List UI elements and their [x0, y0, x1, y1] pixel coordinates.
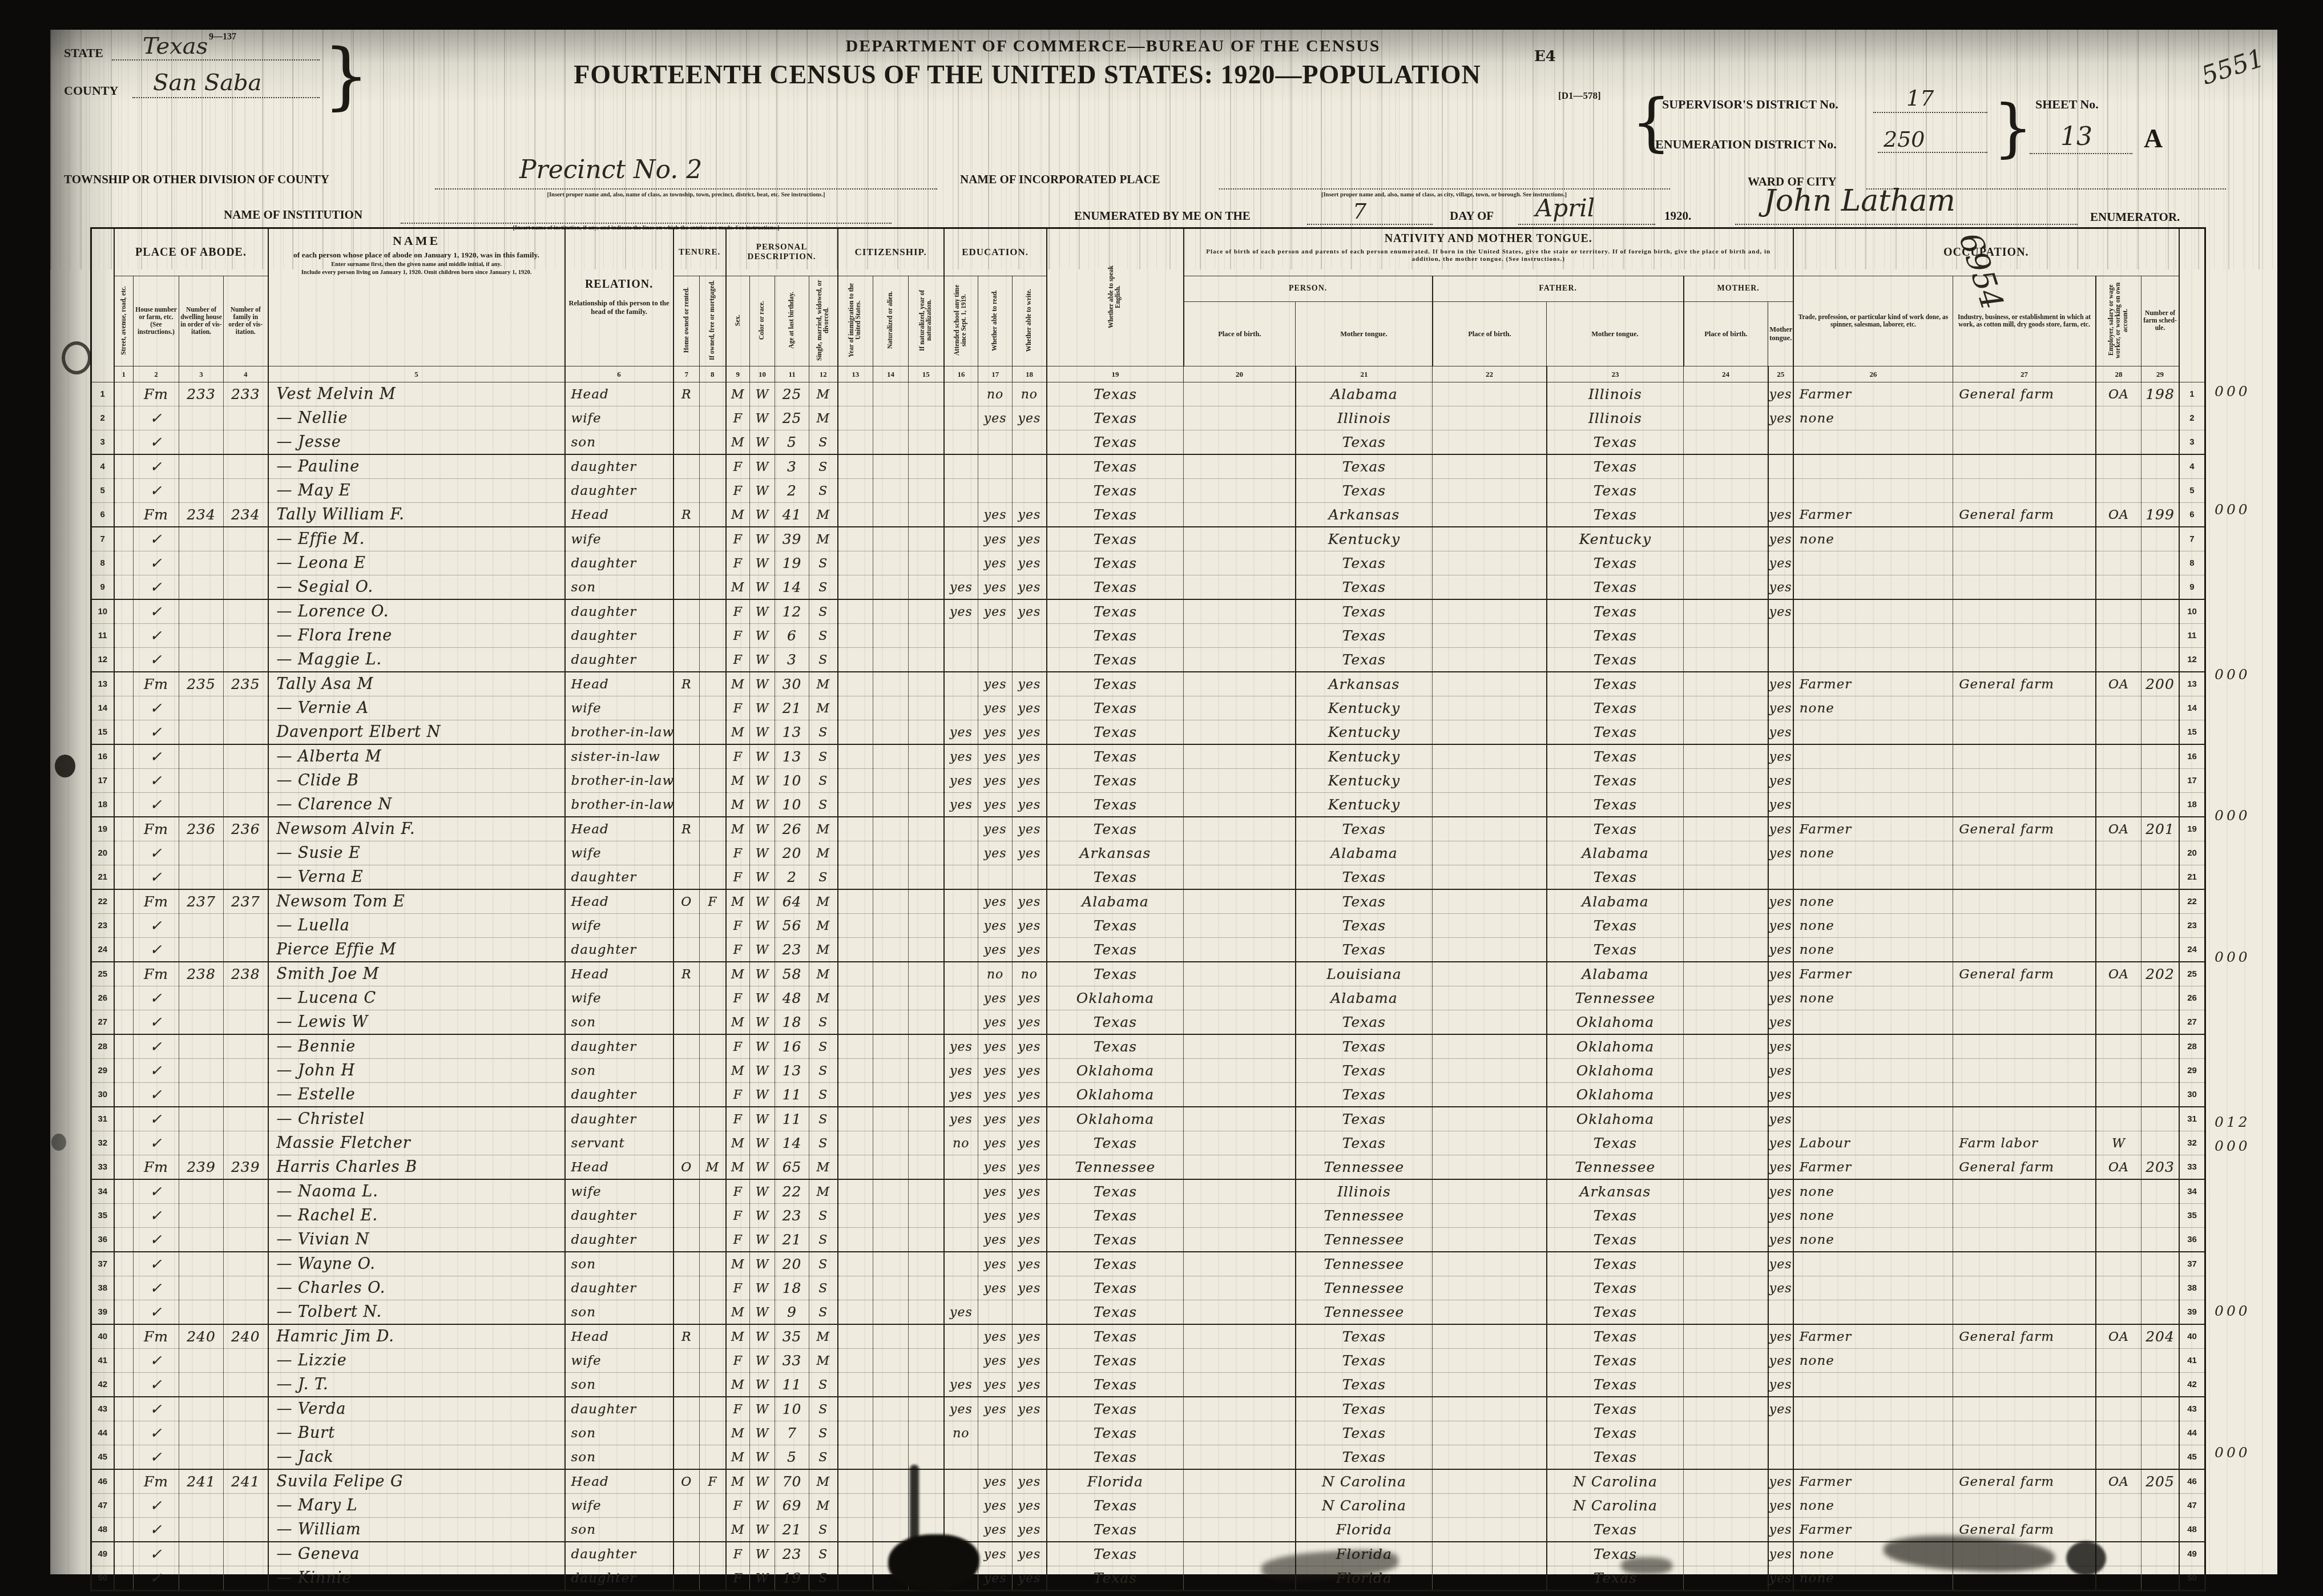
census-cell	[673, 624, 700, 648]
state-value: Texas	[143, 33, 208, 59]
census-cell	[2096, 454, 2141, 479]
relation-group-desc: Relationship of this person to the head …	[567, 299, 672, 316]
col27-industry: Industry, business, or establishment in …	[1953, 276, 2096, 366]
census-cell	[2141, 430, 2179, 455]
census-cell: Fm	[134, 962, 179, 986]
census-cell: — Lizzie	[268, 1349, 565, 1373]
census-cell: M	[809, 841, 838, 865]
census-cell	[1433, 599, 1547, 624]
census-cell	[224, 865, 268, 890]
census-cell: O	[673, 889, 700, 914]
census-cell	[1793, 1059, 1953, 1083]
census-cell	[114, 696, 134, 720]
census-cell: wife	[565, 841, 673, 865]
state-label: STATE	[64, 46, 103, 61]
census-cell: yes	[978, 696, 1013, 720]
census-cell: yes	[1013, 672, 1047, 696]
census-cell	[114, 1228, 134, 1252]
enumerated-day: 7	[1353, 199, 1366, 224]
name-group-desc: of each person whose place of abode on J…	[275, 251, 559, 260]
census-cell	[1184, 1204, 1296, 1228]
census-cell: S	[809, 1421, 838, 1445]
census-cell: Texas	[1547, 1518, 1684, 1542]
census-cell	[224, 454, 268, 479]
census-cell	[838, 599, 873, 624]
line-number-right: 6	[2179, 503, 2205, 527]
census-cell: Texas	[1296, 1010, 1433, 1035]
census-cell: S	[809, 1373, 838, 1397]
census-cell: Harris Charles B	[268, 1155, 565, 1180]
census-cell	[114, 1349, 134, 1373]
census-cell	[1013, 454, 1047, 479]
page-title: FOURTEENTH CENSUS OF THE UNITED STATES: …	[537, 59, 1518, 90]
census-cell: 239	[179, 1155, 224, 1180]
census-cell	[909, 1034, 944, 1059]
census-cell: 239	[224, 1155, 268, 1180]
census-cell	[179, 406, 224, 430]
census-cell	[873, 793, 909, 817]
census-cell	[873, 1179, 909, 1204]
census-cell: Texas	[1047, 1034, 1184, 1059]
census-cell: 25	[775, 382, 809, 406]
census-cell: ✓	[134, 1300, 179, 1325]
census-cell: Texas	[1547, 599, 1684, 624]
census-cell: yes	[1013, 599, 1047, 624]
census-cell	[114, 648, 134, 672]
census-cell	[909, 744, 944, 769]
census-cell: S	[809, 1566, 838, 1591]
census-cell	[1953, 986, 2096, 1010]
census-cell: W	[750, 648, 775, 672]
census-cell: M	[726, 769, 750, 793]
col11-age: Age at last birth­day.	[775, 276, 809, 366]
census-cell: F	[726, 648, 750, 672]
census-cell	[1433, 1010, 1547, 1035]
census-cell	[838, 696, 873, 720]
census-cell: Texas	[1296, 1324, 1433, 1349]
census-cell: W	[750, 793, 775, 817]
census-cell	[179, 1228, 224, 1252]
census-cell	[1433, 551, 1547, 575]
census-cell: F	[726, 1034, 750, 1059]
census-cell: F	[726, 744, 750, 769]
census-cell: ✓	[134, 744, 179, 769]
census-cell: W	[750, 406, 775, 430]
census-cell: 2	[775, 865, 809, 890]
census-cell	[838, 744, 873, 769]
census-cell: Kentucky	[1296, 720, 1433, 745]
subgroup-mother: MOTHER.	[1684, 276, 1793, 302]
census-cell: yes	[944, 720, 978, 745]
census-cell: yes	[1768, 720, 1793, 745]
line-number-left: 33	[91, 1155, 114, 1180]
census-cell: yes	[1768, 672, 1793, 696]
census-cell: wife	[565, 696, 673, 720]
census-cell	[224, 986, 268, 1010]
census-cell	[909, 1421, 944, 1445]
census-cell	[673, 1059, 700, 1083]
census-cell	[1433, 1566, 1547, 1591]
census-cell: M	[726, 1131, 750, 1155]
census-cell	[1184, 1252, 1296, 1276]
census-cell: Texas	[1547, 1349, 1684, 1373]
census-cell: Texas	[1047, 1252, 1184, 1276]
census-cell	[114, 793, 134, 817]
census-cell: 199	[2141, 503, 2179, 527]
census-cell: none	[1793, 889, 1953, 914]
census-cell: S	[809, 1131, 838, 1155]
census-cell	[873, 914, 909, 938]
census-cell: yes	[978, 527, 1013, 551]
census-cell: none	[1793, 1566, 1953, 1591]
census-cell	[2096, 599, 2141, 624]
census-cell	[2141, 527, 2179, 551]
census-cell: yes	[978, 672, 1013, 696]
census-cell	[1184, 841, 1296, 865]
census-cell: daughter	[565, 1276, 673, 1300]
census-cell	[873, 1494, 909, 1518]
census-cell	[673, 1300, 700, 1325]
census-cell	[1684, 503, 1768, 527]
census-cell	[873, 1373, 909, 1397]
census-cell	[909, 1010, 944, 1035]
census-cell: W	[750, 1397, 775, 1421]
census-cell: Texas	[1047, 527, 1184, 551]
census-cell: S	[809, 599, 838, 624]
census-cell: Head	[565, 889, 673, 914]
census-cell	[673, 1107, 700, 1131]
census-cell: 25	[775, 406, 809, 430]
col26-trade: Trade, profession, or particular kind of…	[1793, 276, 1953, 366]
census-cell: OA	[2096, 1155, 2141, 1180]
census-cell	[838, 672, 873, 696]
census-cell: Texas	[1047, 1494, 1184, 1518]
census-cell: — Vernie A	[268, 696, 565, 720]
name-group-note2: Include every person living on January 1…	[275, 269, 559, 276]
census-cell	[1793, 769, 1953, 793]
census-cell: — Geneva	[268, 1542, 565, 1566]
census-cell: 5	[775, 1445, 809, 1470]
census-cell: none	[1793, 914, 1953, 938]
census-cell: M	[726, 672, 750, 696]
census-cell: daughter	[565, 1566, 673, 1591]
census-cell: ✓	[134, 1010, 179, 1035]
census-cell: F	[726, 1228, 750, 1252]
census-cell: S	[809, 454, 838, 479]
census-cell: 202	[2141, 962, 2179, 986]
census-cell	[1684, 793, 1768, 817]
group-occupation: OCCUPATION.	[1793, 228, 2179, 276]
census-cell: S	[809, 1542, 838, 1566]
table-row: 27✓— Lewis WsonMW18SyesyesTexasTexasOkla…	[91, 1010, 2205, 1035]
census-cell: Texas	[1047, 551, 1184, 575]
census-cell	[114, 1107, 134, 1131]
census-cell	[838, 720, 873, 745]
group-education: EDUCATION.	[944, 228, 1047, 276]
census-cell: yes	[1013, 1518, 1047, 1542]
line-number-left: 36	[91, 1228, 114, 1252]
census-cell	[944, 889, 978, 914]
census-cell	[1953, 1445, 2096, 1470]
census-cell: 21	[775, 1518, 809, 1542]
nativity-group-title: NATIVITY AND MOTHER TONGUE.	[1185, 232, 1792, 245]
census-cell	[873, 406, 909, 430]
census-cell	[700, 648, 726, 672]
census-cell: yes	[1013, 1469, 1047, 1494]
census-cell: Texas	[1047, 1010, 1184, 1035]
census-cell: F	[726, 527, 750, 551]
census-cell	[1793, 599, 1953, 624]
census-cell	[1184, 889, 1296, 914]
census-cell	[1184, 914, 1296, 938]
census-cell: yes	[978, 1349, 1013, 1373]
census-cell	[1184, 1373, 1296, 1397]
census-cell	[1433, 1349, 1547, 1373]
census-cell: yes	[944, 599, 978, 624]
census-cell	[838, 527, 873, 551]
table-row: 43✓— VerdadaughterFW10SyesyesyesTexasTex…	[91, 1397, 2205, 1421]
census-cell: F	[700, 889, 726, 914]
census-cell: Texas	[1296, 938, 1433, 962]
census-cell: yes	[978, 503, 1013, 527]
census-cell	[700, 720, 726, 745]
census-cell	[1768, 648, 1793, 672]
census-cell: yes	[978, 1131, 1013, 1155]
census-cell	[1684, 1542, 1768, 1566]
census-cell: yes	[1013, 1324, 1047, 1349]
table-row: 4✓— PaulinedaughterFW3STexasTexasTexas4	[91, 454, 2205, 479]
table-row: 48✓— WilliamsonMW21SyesyesTexasFloridaTe…	[91, 1518, 2205, 1542]
census-cell: yes	[1013, 1010, 1047, 1035]
line-number-left: 43	[91, 1397, 114, 1421]
census-cell: F	[726, 406, 750, 430]
census-cell	[1433, 479, 1547, 503]
census-cell: yes	[1768, 1252, 1793, 1276]
census-cell	[944, 454, 978, 479]
census-cell: Texas	[1047, 1445, 1184, 1470]
census-cell: Texas	[1547, 938, 1684, 962]
census-cell: General farm	[1953, 503, 2096, 527]
census-cell: Texas	[1047, 575, 1184, 600]
ink-dot-mark	[55, 755, 75, 777]
census-cell	[1953, 1300, 2096, 1325]
census-cell: Kentucky	[1296, 769, 1433, 793]
census-cell	[700, 1349, 726, 1373]
census-cell: wife	[565, 527, 673, 551]
line-number-right: 36	[2179, 1228, 2205, 1252]
ink-blot-small	[2066, 1541, 2106, 1575]
census-cell	[909, 914, 944, 938]
census-cell	[1184, 1059, 1296, 1083]
census-cell: yes	[1768, 551, 1793, 575]
census-cell: Texas	[1296, 865, 1433, 890]
census-cell: yes	[1013, 1373, 1047, 1397]
census-cell	[1953, 865, 2096, 890]
census-cell	[224, 1252, 268, 1276]
enumerator-label: ENUMERATOR.	[2090, 210, 2180, 224]
census-cell: yes	[1013, 744, 1047, 769]
census-cell	[224, 696, 268, 720]
census-cell	[179, 1083, 224, 1107]
census-cell	[179, 1107, 224, 1131]
census-cell: Texas	[1547, 503, 1684, 527]
census-cell: yes	[978, 551, 1013, 575]
census-cell	[909, 1324, 944, 1349]
census-cell	[1184, 599, 1296, 624]
census-cell: 235	[179, 672, 224, 696]
census-cell: General farm	[1953, 1469, 2096, 1494]
census-cell: yes	[1768, 1083, 1793, 1107]
census-cell: S	[809, 769, 838, 793]
line-number-right: 31	[2179, 1107, 2205, 1131]
census-cell	[944, 527, 978, 551]
person-place-of-birth-header: Place of birth.	[1184, 301, 1296, 366]
census-cell: — Pauline	[268, 454, 565, 479]
census-cell	[1433, 696, 1547, 720]
census-cell	[673, 454, 700, 479]
census-cell: 240	[224, 1324, 268, 1349]
line-number-left: 30	[91, 1083, 114, 1107]
census-cell: wife	[565, 1179, 673, 1204]
census-cell: W	[750, 1083, 775, 1107]
census-cell	[2141, 1252, 2179, 1276]
census-cell: OA	[2096, 503, 2141, 527]
census-cell	[2141, 938, 2179, 962]
census-cell: S	[809, 865, 838, 890]
line-number-left: 19	[91, 817, 114, 841]
census-cell	[909, 503, 944, 527]
census-cell	[838, 1518, 873, 1542]
census-cell	[2096, 1445, 2141, 1470]
census-cell	[2096, 1083, 2141, 1107]
census-cell: yes	[1013, 841, 1047, 865]
census-cell	[1184, 479, 1296, 503]
census-cell: M	[726, 1373, 750, 1397]
census-cell: ✓	[134, 1349, 179, 1373]
census-cell	[700, 1397, 726, 1421]
census-cell	[1184, 1010, 1296, 1035]
census-cell	[1953, 1494, 2096, 1518]
line-number-left: 8	[91, 551, 114, 575]
census-cell: daughter	[565, 599, 673, 624]
census-cell	[873, 962, 909, 986]
census-cell: daughter	[565, 1397, 673, 1421]
census-cell	[700, 817, 726, 841]
state-county-brace: }	[323, 33, 369, 118]
census-cell: Oklahoma	[1047, 1083, 1184, 1107]
row-margin-annotation: 000	[2215, 383, 2251, 400]
line-number-right: 45	[2179, 1445, 2205, 1470]
census-cell	[873, 865, 909, 890]
census-cell	[1793, 551, 1953, 575]
census-cell: W	[750, 889, 775, 914]
census-cell	[944, 1494, 978, 1518]
table-row: 8✓— Leona EdaughterFW19SyesyesTexasTexas…	[91, 551, 2205, 575]
census-cell: Texas	[1047, 1204, 1184, 1228]
census-cell	[873, 1397, 909, 1421]
table-row: 33Fm239239Harris Charles BHeadOMMW65Myes…	[91, 1155, 2205, 1180]
census-cell: OA	[2096, 1469, 2141, 1494]
census-cell	[2141, 479, 2179, 503]
census-cell: Alabama	[1296, 986, 1433, 1010]
census-cell	[1184, 769, 1296, 793]
census-cell: 22	[775, 1179, 809, 1204]
col18-able-to-write: Whether able to write.	[1013, 276, 1047, 366]
table-row: 22Fm237237Newsom Tom EHeadOFMW64MyesyesA…	[91, 889, 2205, 914]
census-cell: F	[726, 938, 750, 962]
census-cell	[2141, 1494, 2179, 1518]
census-cell: M	[809, 938, 838, 962]
census-cell: yes	[978, 720, 1013, 745]
census-cell: Texas	[1296, 1083, 1433, 1107]
line-number-left: 47	[91, 1494, 114, 1518]
census-cell	[673, 720, 700, 745]
census-cell	[1184, 1179, 1296, 1204]
census-cell: 12	[775, 599, 809, 624]
father-place-of-birth-header: Place of birth.	[1433, 301, 1547, 366]
census-cell: M	[809, 527, 838, 551]
census-cell: ✓	[134, 624, 179, 648]
census-cell: R	[673, 382, 700, 406]
census-cell: daughter	[565, 938, 673, 962]
group-personal-description: PERSONAL DESCRIPTION.	[726, 228, 838, 276]
line-number-left: 10	[91, 599, 114, 624]
census-cell	[1433, 1421, 1547, 1445]
line-number-right: 1	[2179, 382, 2205, 406]
line-number-right: 39	[2179, 1300, 2205, 1325]
census-cell	[1768, 624, 1793, 648]
census-cell	[838, 503, 873, 527]
census-cell: yes	[944, 1300, 978, 1325]
census-cell	[179, 479, 224, 503]
census-cell	[179, 793, 224, 817]
census-cell: son	[565, 1445, 673, 1470]
census-cell	[114, 1252, 134, 1276]
census-cell: Texas	[1296, 1107, 1433, 1131]
census-cell: Texas	[1296, 624, 1433, 648]
census-cell: 11	[775, 1107, 809, 1131]
census-cell: ✓	[134, 865, 179, 890]
census-cell	[673, 769, 700, 793]
line-number-right: 34	[2179, 1179, 2205, 1204]
census-cell	[873, 1107, 909, 1131]
census-cell: W	[750, 479, 775, 503]
census-cell	[2141, 1445, 2179, 1470]
census-cell: M	[726, 1469, 750, 1494]
census-cell	[2141, 648, 2179, 672]
census-cell: 241	[224, 1469, 268, 1494]
census-cell	[673, 1131, 700, 1155]
table-row: 6Fm234234Tally William F.HeadRMW41Myesye…	[91, 503, 2205, 527]
census-cell: 241	[179, 1469, 224, 1494]
census-cell: Louisiana	[1296, 962, 1433, 986]
row-number-header-left	[91, 228, 114, 382]
census-cell	[838, 382, 873, 406]
census-cell	[2141, 454, 2179, 479]
census-cell: — Tolbert N.	[268, 1300, 565, 1325]
line-number-left: 16	[91, 744, 114, 769]
census-cell: Texas	[1296, 1349, 1433, 1373]
census-cell: yes	[1768, 1349, 1793, 1373]
census-cell	[1953, 1228, 2096, 1252]
census-cell: Texas	[1047, 382, 1184, 406]
census-cell	[673, 527, 700, 551]
census-cell	[1433, 1155, 1547, 1180]
census-cell	[2141, 1397, 2179, 1421]
institution-label: NAME OF INSTITUTION	[224, 208, 362, 222]
census-cell	[944, 382, 978, 406]
census-cell	[1013, 1421, 1047, 1445]
